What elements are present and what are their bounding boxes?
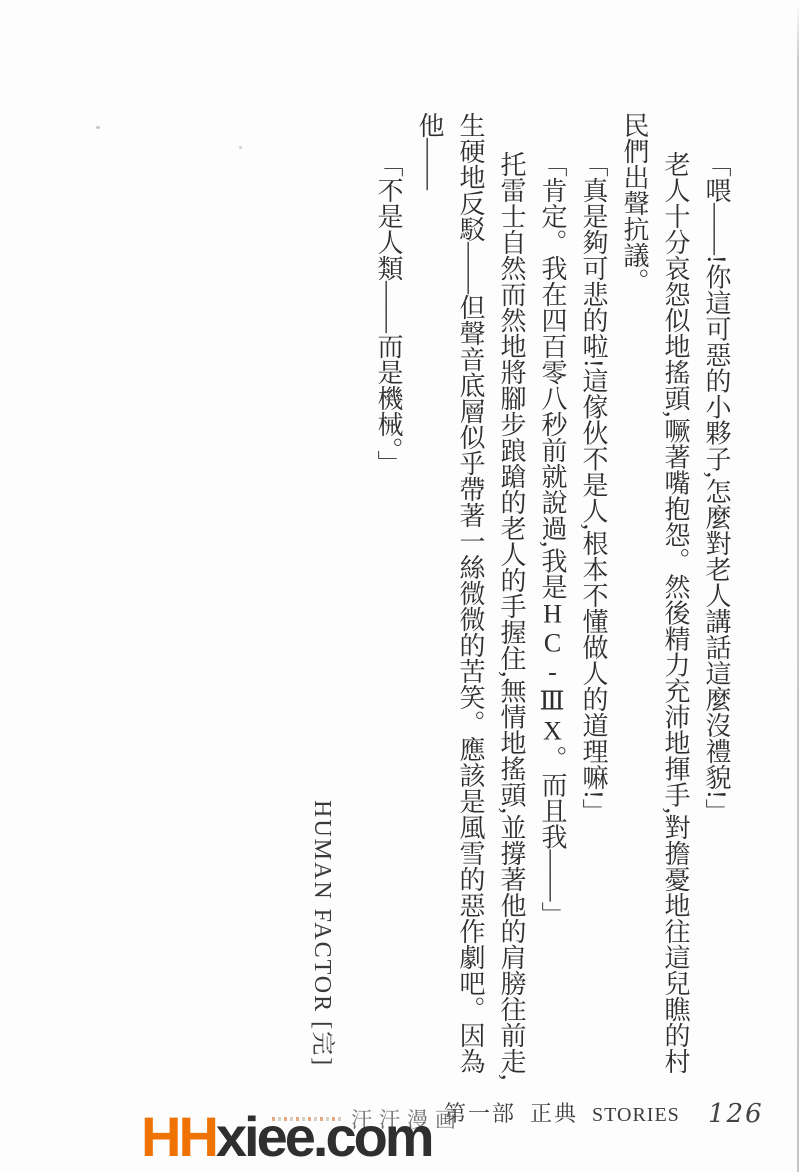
- story-ending-title: HUMAN FACTOR [完]: [301, 112, 342, 1092]
- story-paragraph: 托雷士自然而然地將腳步踉蹌的老人的手握住,無情地搖頭,並撐著他的肩膀往前走,生硬…: [409, 112, 532, 1092]
- footer-title-label: 正典: [530, 1101, 578, 1126]
- watermark-brand-prefix: HH: [141, 1105, 216, 1168]
- page-edge-shadow: [797, 0, 799, 1172]
- scan-speck: [239, 146, 242, 149]
- paragraph-text: 。而且我——」: [538, 746, 567, 928]
- paragraph-text: 「肯定。我在四百零八秒前就說過,我是: [538, 151, 567, 600]
- watermark-logo: HHxiee.com: [141, 1109, 432, 1165]
- story-paragraph: 「肯定。我在四百零八秒前就說過,我是HC-ⅢX。而且我——」: [532, 112, 573, 1092]
- page-footer: 第一部正典STORIES: [444, 1097, 680, 1128]
- story-paragraph: 老人十分哀怨似地搖頭,噘著嘴抱怨。然後精力充沛地揮手,對擔憂地往這兒瞧的村民們出…: [614, 112, 696, 1092]
- robot-model-code: HC-ⅢX: [538, 600, 567, 746]
- page-number: 126: [708, 1099, 764, 1129]
- watermark-brand-suffix: xiee.com: [216, 1105, 432, 1168]
- story-text-block: 「喂——!你這可惡的小夥子,怎麼對老人講話這麼沒禮貌!」 老人十分哀怨似地搖頭,…: [301, 112, 737, 1092]
- story-paragraph: 「不是人類——而是機械。」: [368, 112, 409, 1092]
- scan-speck: [96, 126, 100, 129]
- footer-series-label: STORIES: [592, 1104, 680, 1126]
- story-paragraph: 「真是夠可悲的啦!這傢伙不是人,根本不懂做人的道理嘛!」: [573, 112, 614, 1092]
- scanned-book-page: 「喂——!你這可惡的小夥子,怎麼對老人講話這麼沒禮貌!」 老人十分哀怨似地搖頭,…: [0, 0, 800, 1172]
- story-paragraph: 「喂——!你這可惡的小夥子,怎麼對老人講話這麼沒禮貌!」: [696, 112, 737, 1092]
